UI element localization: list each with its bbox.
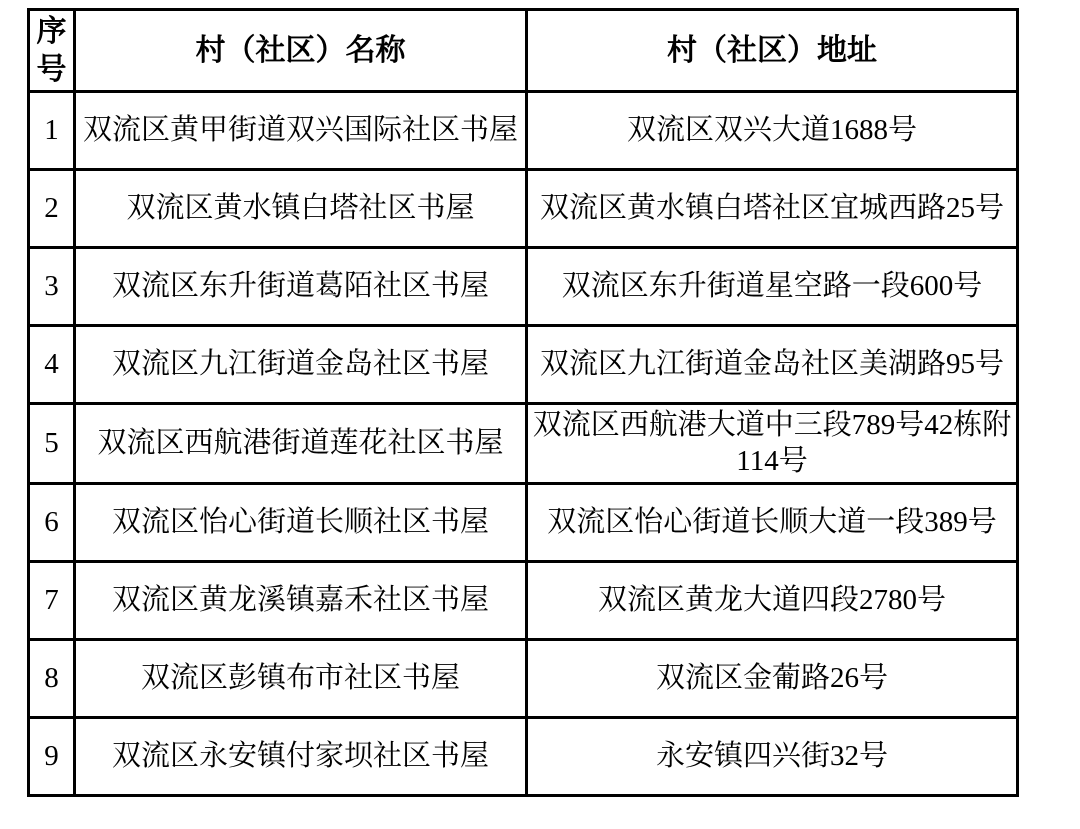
cell-community-name: 双流区永安镇付家坝社区书屋 xyxy=(75,717,527,795)
cell-community-address: 双流区金葡路26号 xyxy=(527,639,1018,717)
cell-community-address: 双流区黄水镇白塔社区宜城西路25号 xyxy=(527,170,1018,248)
table-row: 1 双流区黄甲街道双兴国际社区书屋 双流区双兴大道1688号 xyxy=(29,92,1018,170)
cell-serial-number: 8 xyxy=(29,639,75,717)
cell-community-address: 永安镇四兴街32号 xyxy=(527,717,1018,795)
table-header-row: 序号 村（社区）名称 村（社区）地址 xyxy=(29,10,1018,92)
cell-serial-number: 1 xyxy=(29,92,75,170)
cell-community-name: 双流区怡心街道长顺社区书屋 xyxy=(75,483,527,561)
table-row: 9 双流区永安镇付家坝社区书屋 永安镇四兴街32号 xyxy=(29,717,1018,795)
cell-serial-number: 6 xyxy=(29,483,75,561)
cell-serial-number: 5 xyxy=(29,404,75,484)
cell-community-name: 双流区彭镇布市社区书屋 xyxy=(75,639,527,717)
cell-community-name: 双流区黄甲街道双兴国际社区书屋 xyxy=(75,92,527,170)
header-community-address: 村（社区）地址 xyxy=(527,10,1018,92)
cell-community-address: 双流区西航港大道中三段789号42栋附114号 xyxy=(527,404,1018,484)
table-row: 6 双流区怡心街道长顺社区书屋 双流区怡心街道长顺大道一段389号 xyxy=(29,483,1018,561)
table-row: 4 双流区九江街道金岛社区书屋 双流区九江街道金岛社区美湖路95号 xyxy=(29,326,1018,404)
header-community-name: 村（社区）名称 xyxy=(75,10,527,92)
cell-serial-number: 4 xyxy=(29,326,75,404)
table-row: 2 双流区黄水镇白塔社区书屋 双流区黄水镇白塔社区宜城西路25号 xyxy=(29,170,1018,248)
table-row: 3 双流区东升街道葛陌社区书屋 双流区东升街道星空路一段600号 xyxy=(29,248,1018,326)
cell-community-address: 双流区黄龙大道四段2780号 xyxy=(527,561,1018,639)
cell-community-name: 双流区黄水镇白塔社区书屋 xyxy=(75,170,527,248)
cell-community-address: 双流区怡心街道长顺大道一段389号 xyxy=(527,483,1018,561)
cell-community-name: 双流区东升街道葛陌社区书屋 xyxy=(75,248,527,326)
cell-community-address: 双流区九江街道金岛社区美湖路95号 xyxy=(527,326,1018,404)
cell-community-name: 双流区黄龙溪镇嘉禾社区书屋 xyxy=(75,561,527,639)
cell-serial-number: 7 xyxy=(29,561,75,639)
table-row: 5 双流区西航港街道莲花社区书屋 双流区西航港大道中三段789号42栋附114号 xyxy=(29,404,1018,484)
header-serial-number: 序号 xyxy=(29,10,75,92)
cell-community-name: 双流区九江街道金岛社区书屋 xyxy=(75,326,527,404)
table-row: 8 双流区彭镇布市社区书屋 双流区金葡路26号 xyxy=(29,639,1018,717)
cell-community-name: 双流区西航港街道莲花社区书屋 xyxy=(75,404,527,484)
community-bookhouse-table-container: 序号 村（社区）名称 村（社区）地址 1 双流区黄甲街道双兴国际社区书屋 双流区… xyxy=(27,8,1019,797)
community-bookhouse-table: 序号 村（社区）名称 村（社区）地址 1 双流区黄甲街道双兴国际社区书屋 双流区… xyxy=(27,8,1019,797)
cell-community-address: 双流区双兴大道1688号 xyxy=(527,92,1018,170)
cell-community-address: 双流区东升街道星空路一段600号 xyxy=(527,248,1018,326)
cell-serial-number: 2 xyxy=(29,170,75,248)
cell-serial-number: 3 xyxy=(29,248,75,326)
cell-serial-number: 9 xyxy=(29,717,75,795)
table-row: 7 双流区黄龙溪镇嘉禾社区书屋 双流区黄龙大道四段2780号 xyxy=(29,561,1018,639)
